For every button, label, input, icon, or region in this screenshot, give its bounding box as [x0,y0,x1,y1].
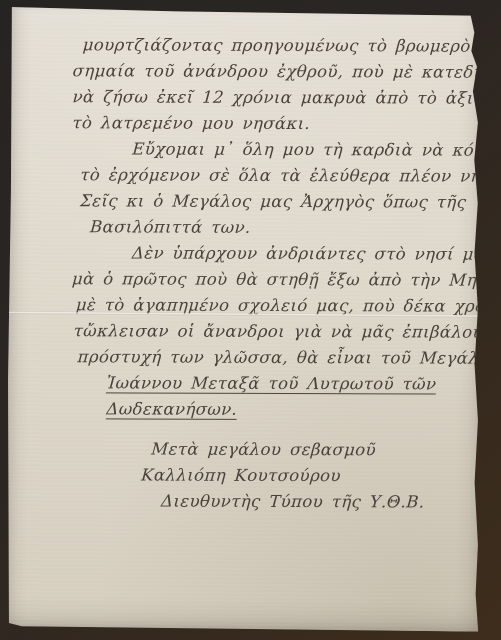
letter-line: τὸ λατρεμένο μου νησάκι. [72,110,466,137]
letter-paper: μουρτζιάζοντας προηγουμένως τὸ βρωμερὸ ρ… [5,7,484,632]
letter-line: Δωδεκανήσων. [71,396,465,423]
photo-background: μουρτζιάζοντας προηγουμένως τὸ βρωμερὸ ρ… [0,0,501,640]
letter-line: μουρτζιάζοντας προηγουμένως τὸ βρωμερὸ ρ… [72,32,466,59]
letter-line: τὤκλεισαν οἱ ἄνανδροι γιὰ νὰ μᾶς ἐπιβάλο… [71,318,465,345]
letter-line: Εὔχομαι μ᾽ ὅλη μου τὴ καρδιὰ νὰ κόψετε [71,136,465,163]
letter-body: μουρτζιάζοντας προηγουμένως τὸ βρωμερὸ ρ… [7,8,483,516]
letter-line: πρόστυχή των γλῶσσα, θὰ εἶναι τοῦ Μεγάλο… [71,344,465,371]
letter-line: Καλλιόπη Κουτσούρου [70,462,464,489]
letter-line: νὰ ζήσω ἐκεῖ 12 χρόνια μακρυὰ ἀπὸ τὸ ἀξι… [72,84,466,111]
letter-line: Μετὰ μεγάλου σεβασμοῦ [70,436,464,463]
letter-line: Σεῖς κι ὁ Μεγάλος μας Ἀρχηγὸς ὅπως τῆς [71,188,465,215]
letter-line: Ἰωάννου Μεταξᾶ τοῦ Λυτρωτοῦ τῶν [71,370,465,397]
letter-line: μὰ ὁ πρῶτος ποὺ θὰ στηθῇ ἔξω ἀπὸ τὴν Μητ… [71,266,465,293]
letter-line: Βασιλόπιττά των. [71,214,465,241]
letter-line: σημαία τοῦ ἀνάνδρου ἐχθροῦ, ποὺ μὲ κατεδ… [72,58,466,85]
letter-line: τὸ ἐρχόμενον σὲ ὅλα τὰ ἐλεύθερα πλέον νη… [71,162,465,189]
letter-line: μὲ τὸ ἀγαπημένο σχολειό μας, ποὺ δέκα χρ… [71,292,465,319]
letter-line: Διευθυντὴς Τύπου τῆς Υ.Θ.Β. [70,488,464,515]
letter-line: Δὲν ὑπάρχουν ἀνδριάντες στὸ νησί μας, [71,240,465,267]
